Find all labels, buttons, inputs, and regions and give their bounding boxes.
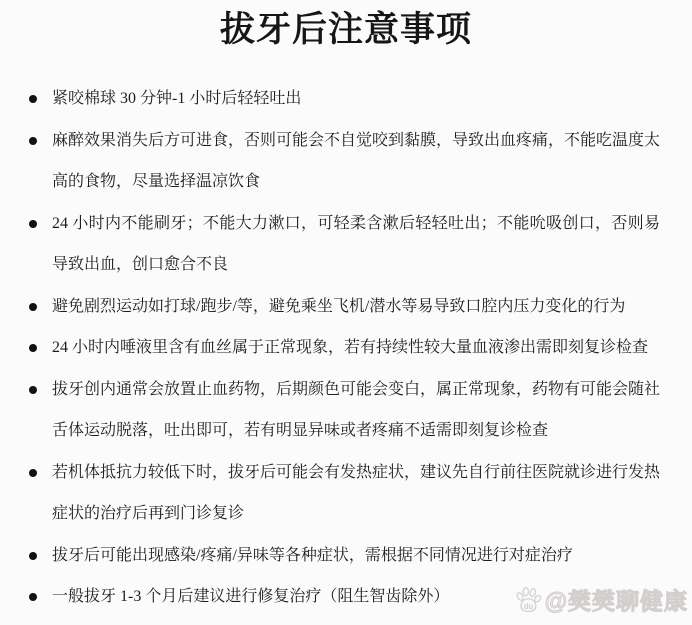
document-page: 拔牙后注意事项 紧咬棉球 30 分钟-1 小时后轻轻吐出 麻醉效果消失后方可进食… [0,0,692,625]
watermark-text: @樊樊聊健康 [545,583,688,616]
bullet-icon [29,220,37,228]
page-title: 拔牙后注意事项 [0,0,692,51]
list-item: 拔牙后可能出现感染/疼痛/异味等各种症状，需根据不同情况进行对症治疗 [0,535,692,577]
list-item: 紧咬棉球 30 分钟-1 小时后轻轻吐出 [0,78,692,120]
watermark: du @樊樊聊健康 [514,583,688,616]
list-item-text: 麻醉效果消失后方可进食，否则可能会不自觉咬到黏膜，导致出血疼痛，不能吃温度太高的… [52,132,660,191]
list-item-text: 24 小时内唾液里含有血丝属于正常现象，若有持续性较大量血液渗出需即刻复诊检查 [52,339,648,356]
list-item-text: 紧咬棉球 30 分钟-1 小时后轻轻吐出 [52,90,301,107]
list-item: 麻醉效果消失后方可进食，否则可能会不自觉咬到黏膜，导致出血疼痛，不能吃温度太高的… [0,120,692,203]
list-item-text: 24 小时内不能刷牙；不能大力漱口，可轻柔含漱后轻轻吐出；不能吮吸创口，否则易导… [52,215,660,274]
bullet-icon [29,344,37,352]
list-item: 24 小时内唾液里含有血丝属于正常现象，若有持续性较大量血液渗出需即刻复诊检查 [0,327,692,369]
bullet-icon [29,303,37,311]
list-item-text: 避免剧烈运动如打球/跑步/等，避免乘坐飞机/潜水等易导致口腔内压力变化的行为 [52,298,625,315]
bullet-icon [29,137,37,145]
list-item: 拔牙创内通常会放置止血药物，后期颜色可能会变白，属正常现象，药物有可能会随社舌体… [0,369,692,452]
list-item-text: 拔牙后可能出现感染/疼痛/异味等各种症状，需根据不同情况进行对症治疗 [52,547,573,564]
baidu-paw-logo-text: du [523,601,533,610]
list-item-text: 若机体抵抗力较低下时，拔牙后可能会有发热症状，建议先自行前往医院就诊进行发热症状… [52,464,660,523]
notes-list: 紧咬棉球 30 分钟-1 小时后轻轻吐出 麻醉效果消失后方可进食，否则可能会不自… [0,78,692,618]
bullet-icon [29,469,37,477]
list-item: 避免剧烈运动如打球/跑步/等，避免乘坐飞机/潜水等易导致口腔内压力变化的行为 [0,286,692,328]
list-item: 若机体抵抗力较低下时，拔牙后可能会有发热症状，建议先自行前往医院就诊进行发热症状… [0,452,692,535]
baidu-paw-icon: du [514,586,542,614]
list-item-text: 一般拔牙 1-3 个月后建议进行修复治疗（阻生智齿除外） [52,588,449,605]
bullet-icon [29,552,37,560]
list-item-text: 拔牙创内通常会放置止血药物，后期颜色可能会变白，属正常现象，药物有可能会随社舌体… [52,381,660,440]
bullet-icon [29,95,37,103]
bullet-icon [29,593,37,601]
bullet-icon [29,386,37,394]
list-item: 24 小时内不能刷牙；不能大力漱口，可轻柔含漱后轻轻吐出；不能吮吸创口，否则易导… [0,203,692,286]
